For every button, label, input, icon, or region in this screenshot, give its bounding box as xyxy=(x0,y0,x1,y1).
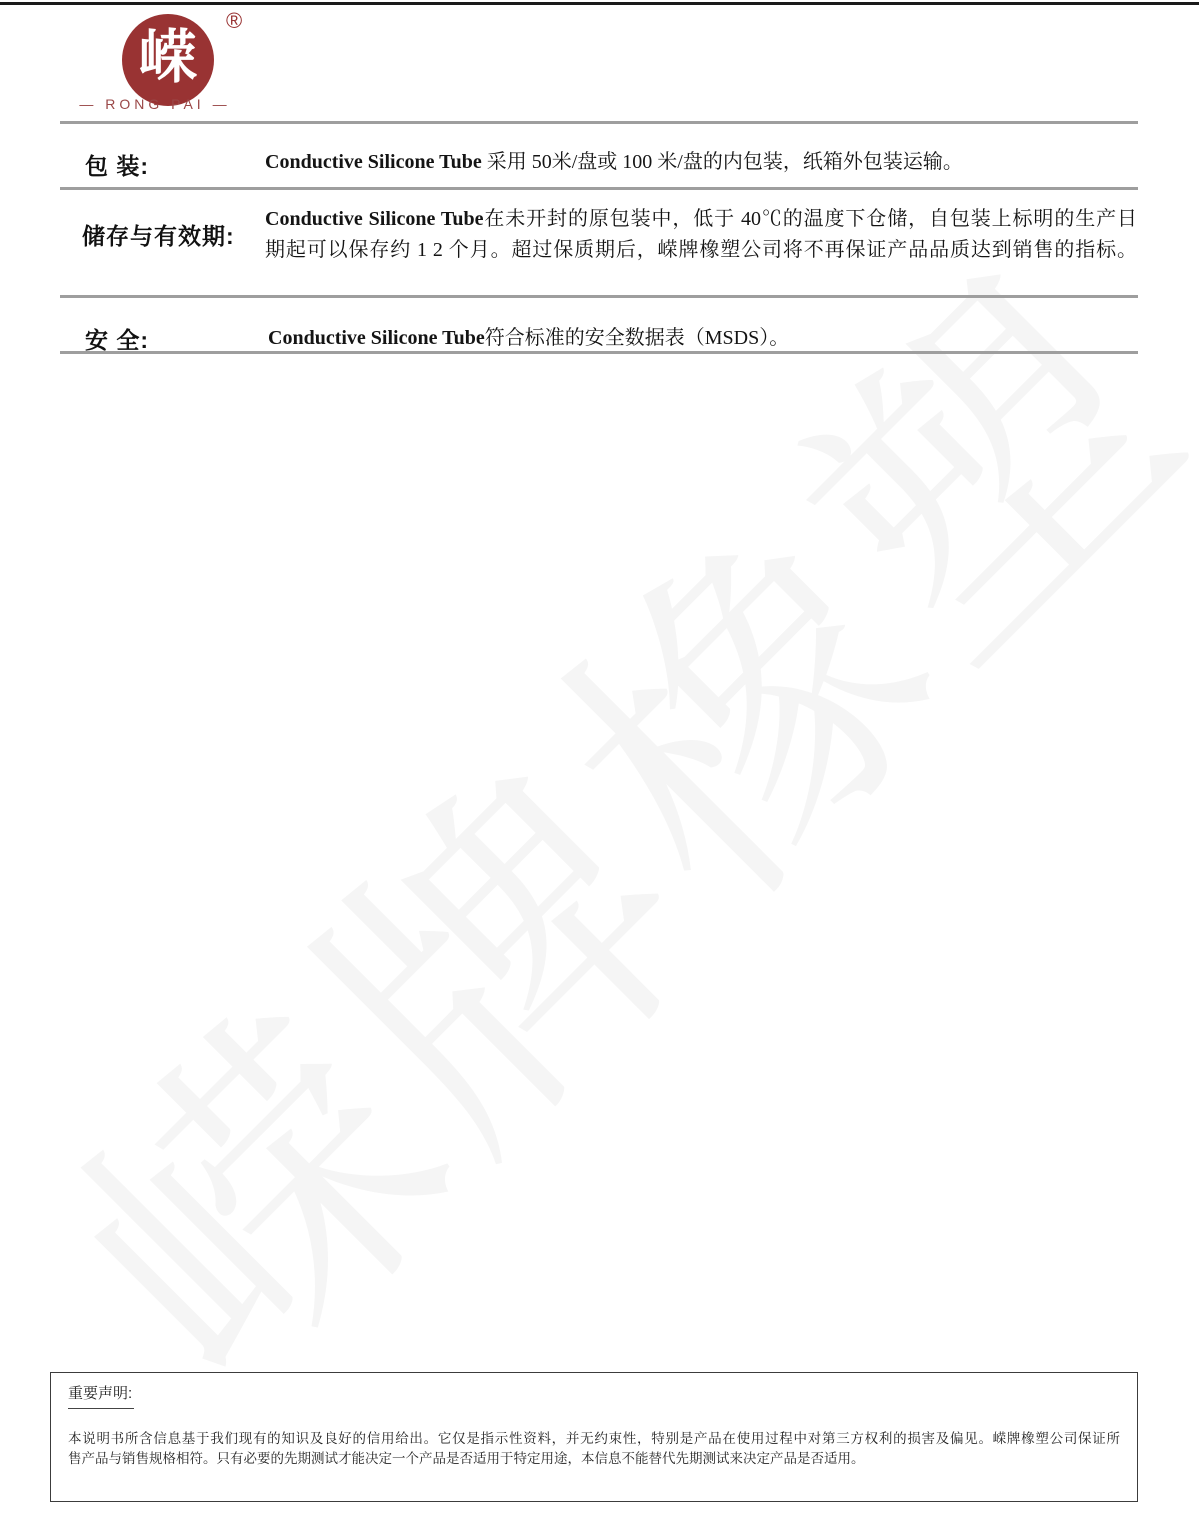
divider-packaging xyxy=(60,187,1138,190)
safety-description: 符合标准的安全数据表（MSDS）。 xyxy=(485,327,789,349)
disclaimer-line-2: 售产品与销售规格相符。只有必要的先期测试才能决定一个产品是否适用于特定用途，本信… xyxy=(68,1449,1120,1469)
storage-section-text: Conductive Silicone Tube在未开封的原包装中，低于 40℃… xyxy=(265,204,1137,266)
registered-trademark-icon: ® xyxy=(226,10,242,32)
document-page: 嵘牌橡塑 嵘 ® — RONG PAI — 包 装: Conductive Si… xyxy=(0,0,1199,1513)
content-layer: 嵘 ® — RONG PAI — 包 装: Conductive Silicon… xyxy=(0,0,1199,1513)
product-name: Conductive Silicone Tube xyxy=(265,208,484,230)
logo-glyph: 嵘 xyxy=(139,29,197,87)
brand-name-text: — RONG PAI — xyxy=(60,96,250,112)
packaging-section-label: 包 装: xyxy=(85,148,149,181)
rongpai-logo-icon: 嵘 xyxy=(122,14,214,106)
storage-section-label: 储存与有效期: xyxy=(82,218,235,251)
top-border-line xyxy=(0,2,1199,5)
divider-storage xyxy=(60,295,1138,298)
safety-section-text: Conductive Silicone Tube符合标准的安全数据表（MSDS）… xyxy=(268,323,1140,354)
product-name: Conductive Silicone Tube xyxy=(265,151,482,173)
safety-section-label: 安 全: xyxy=(85,322,149,355)
storage-description-1: 在未开封的原包装中，低于 40℃的温度下仓储，自包装上标明的生产日 xyxy=(484,208,1138,230)
important-statement-title: 重要声明: xyxy=(68,1382,134,1409)
storage-line-1: Conductive Silicone Tube在未开封的原包装中，低于 40℃… xyxy=(265,204,1137,235)
important-statement-box: 重要声明: 本说明书所含信息基于我们现有的知识及良好的信用给出。它仅是指示性资料… xyxy=(50,1372,1138,1502)
packaging-description: 采用 50米/盘或 100 米/盘的内包装，纸箱外包装运输。 xyxy=(482,151,963,173)
disclaimer-paragraph: 本说明书所含信息基于我们现有的知识及良好的信用给出。它仅是指示性资料，并无约束性… xyxy=(68,1429,1120,1469)
disclaimer-line-1: 本说明书所含信息基于我们现有的知识及良好的信用给出。它仅是指示性资料，并无约束性… xyxy=(68,1429,1120,1449)
storage-line-2: 期起可以保存约 1 2 个月。超过保质期后，嵘牌橡塑公司将不再保证产品品质达到销… xyxy=(265,235,1137,266)
divider-header xyxy=(60,121,1138,124)
product-name: Conductive Silicone Tube xyxy=(268,327,485,349)
important-statement-title-text: 重要声明: xyxy=(68,1382,134,1409)
packaging-section-text: Conductive Silicone Tube 采用 50米/盘或 100 米… xyxy=(265,147,1137,178)
